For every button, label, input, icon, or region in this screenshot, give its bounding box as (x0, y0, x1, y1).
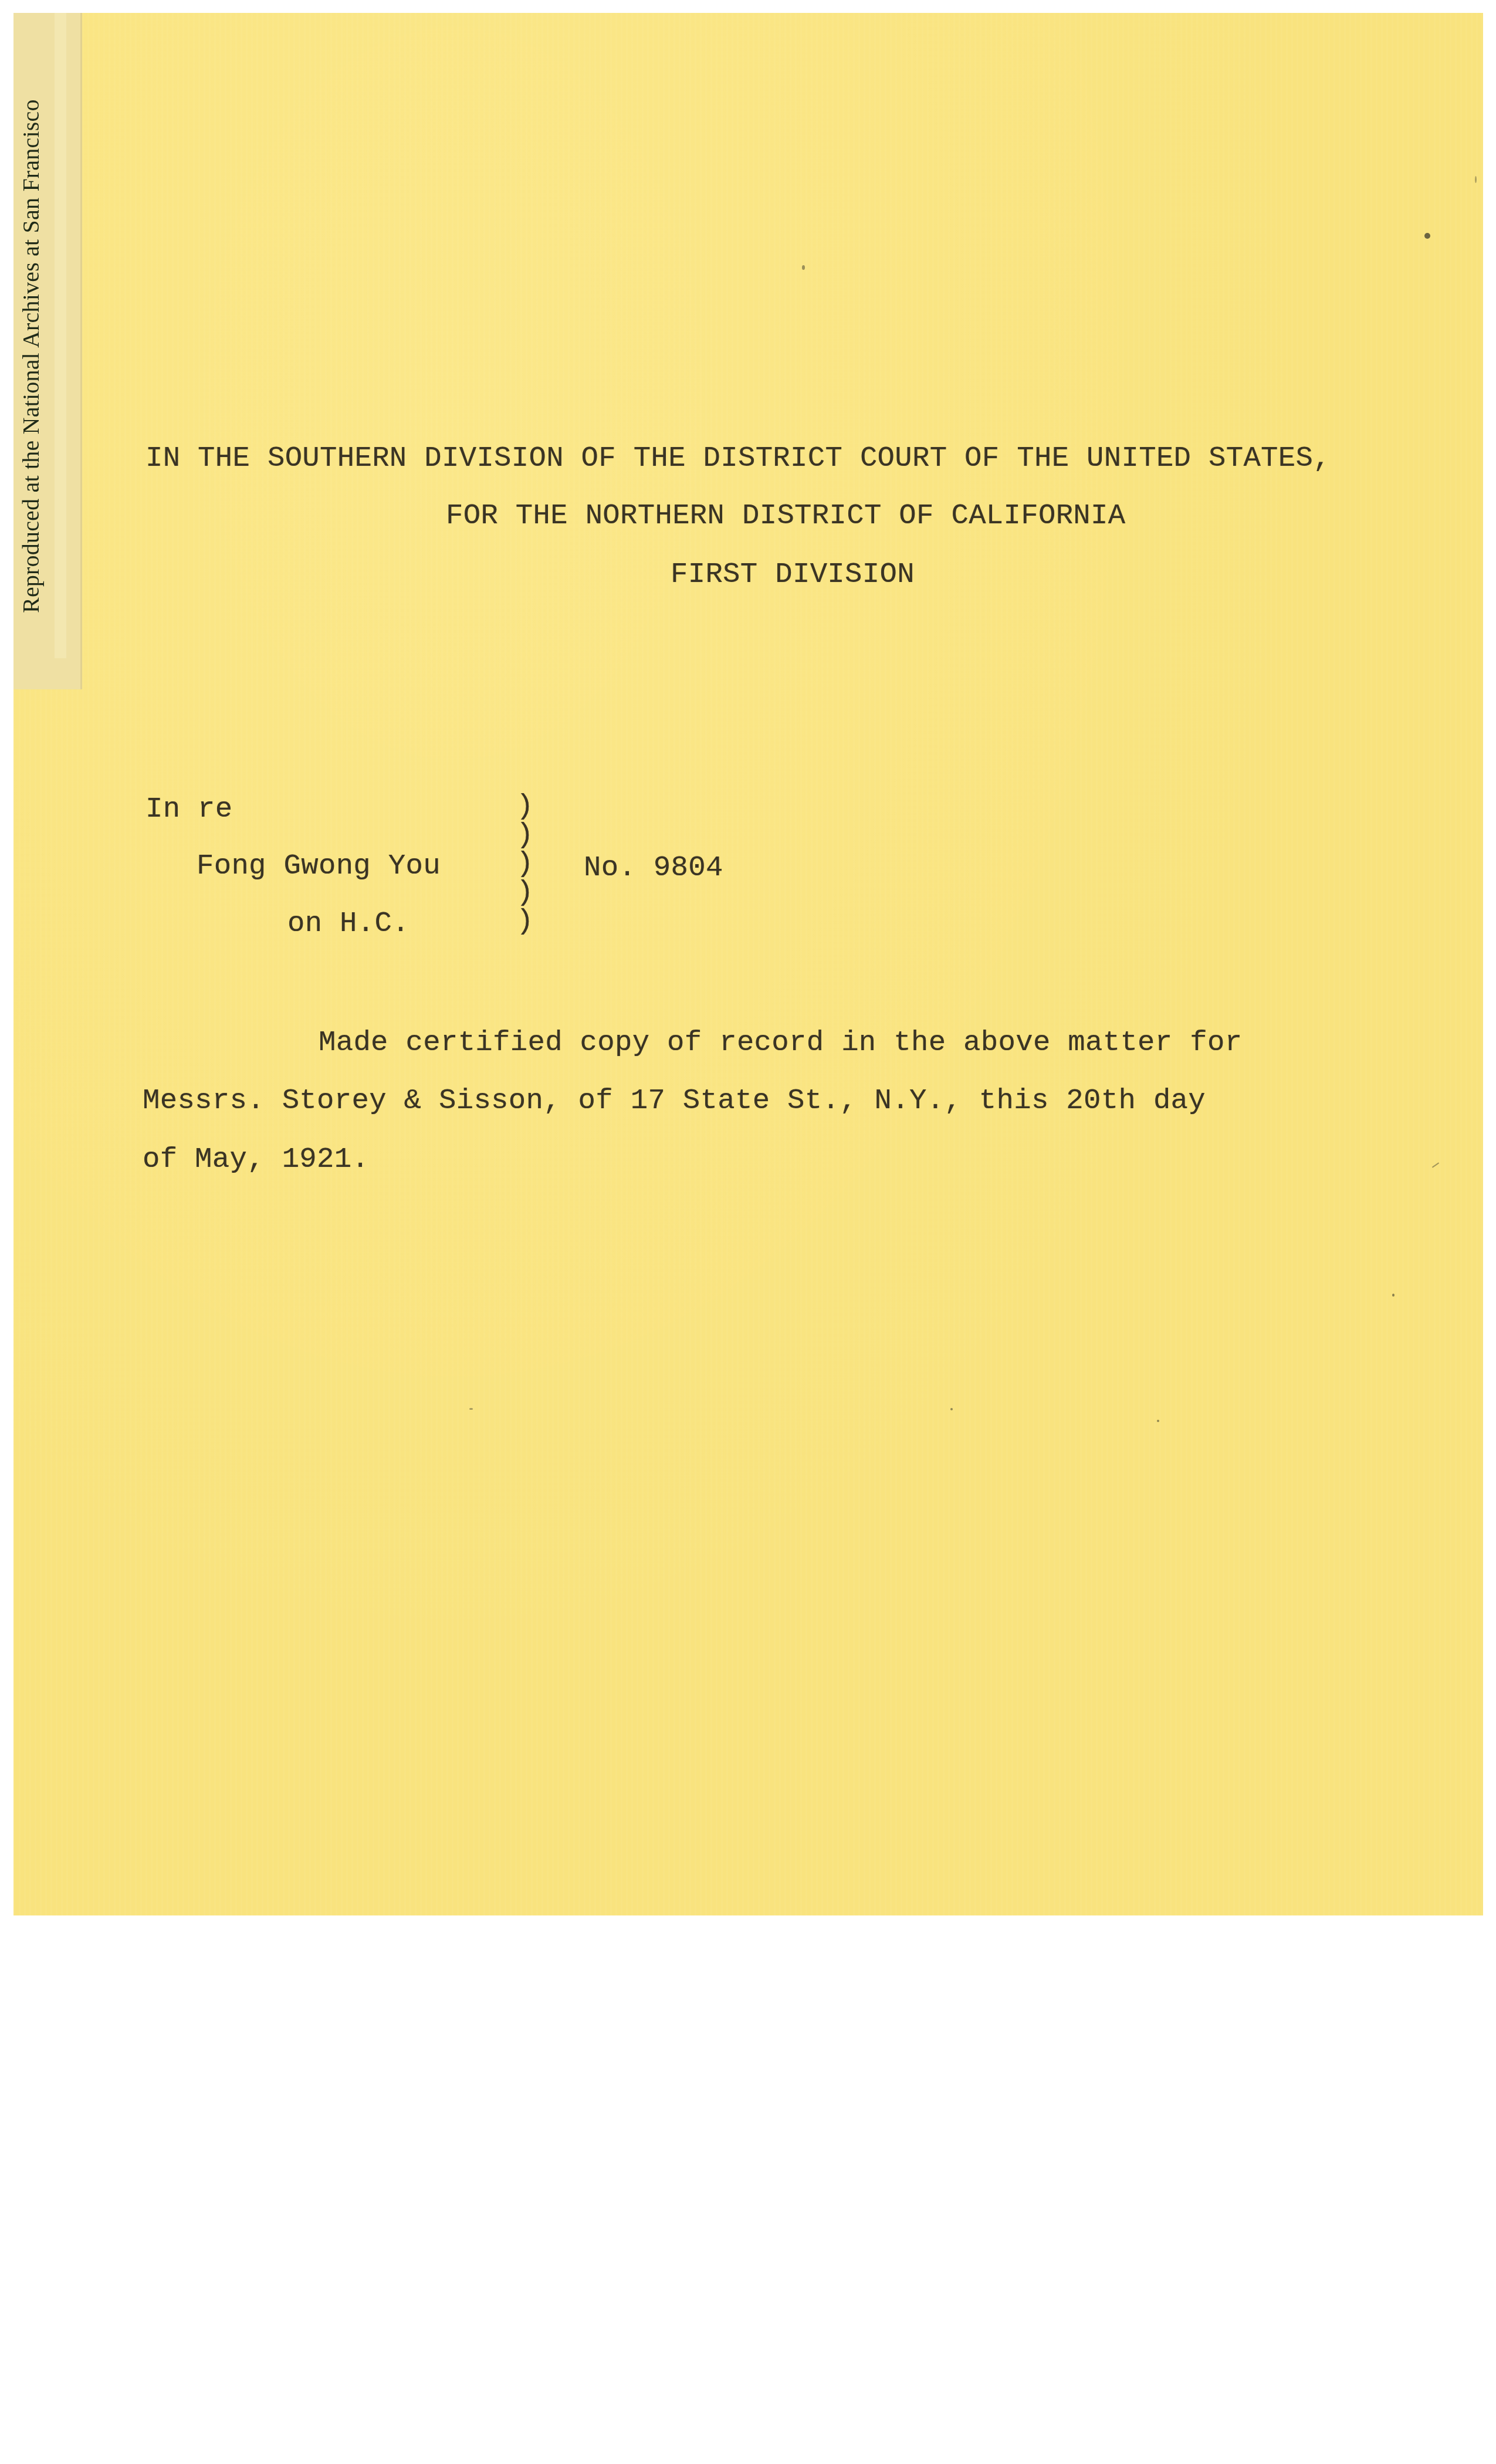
document-page (13, 13, 1483, 1915)
caption-proceeding: on H.C. (287, 909, 409, 938)
caption-bracket-1: ) (516, 792, 533, 821)
court-heading-line-2: FOR THE NORTHERN DISTRICT OF CALIFORNIA (446, 502, 1126, 530)
court-heading-line-3: FIRST DIVISION (671, 560, 915, 589)
ink-speck (1475, 176, 1477, 183)
ink-speck (1424, 233, 1430, 239)
body-line-1: Made certified copy of record in the abo… (319, 1028, 1242, 1057)
caption-bracket-5: ) (516, 907, 533, 936)
caption-bracket-3: ) (516, 849, 533, 878)
caption-bracket-4: ) (516, 878, 533, 907)
caption-party-name: Fong Gwong You (197, 852, 441, 881)
tape-highlight (55, 13, 66, 658)
ink-speck (1157, 1420, 1159, 1422)
ink-speck (469, 1408, 473, 1410)
caption-bracket-2: ) (516, 821, 533, 849)
ink-speck (1392, 1294, 1395, 1297)
caption-in-re: In re (145, 795, 233, 824)
court-heading-line-1: IN THE SOUTHERN DIVISION OF THE DISTRICT… (145, 444, 1331, 473)
body-line-2: Messrs. Storey & Sisson, of 17 State St.… (143, 1087, 1206, 1115)
case-number: No. 9804 (584, 854, 723, 882)
ink-speck (802, 265, 805, 270)
body-line-3: of May, 1921. (143, 1145, 369, 1174)
ink-speck (950, 1408, 953, 1410)
archive-stamp: Reproduced at the National Archives at S… (13, 73, 49, 613)
